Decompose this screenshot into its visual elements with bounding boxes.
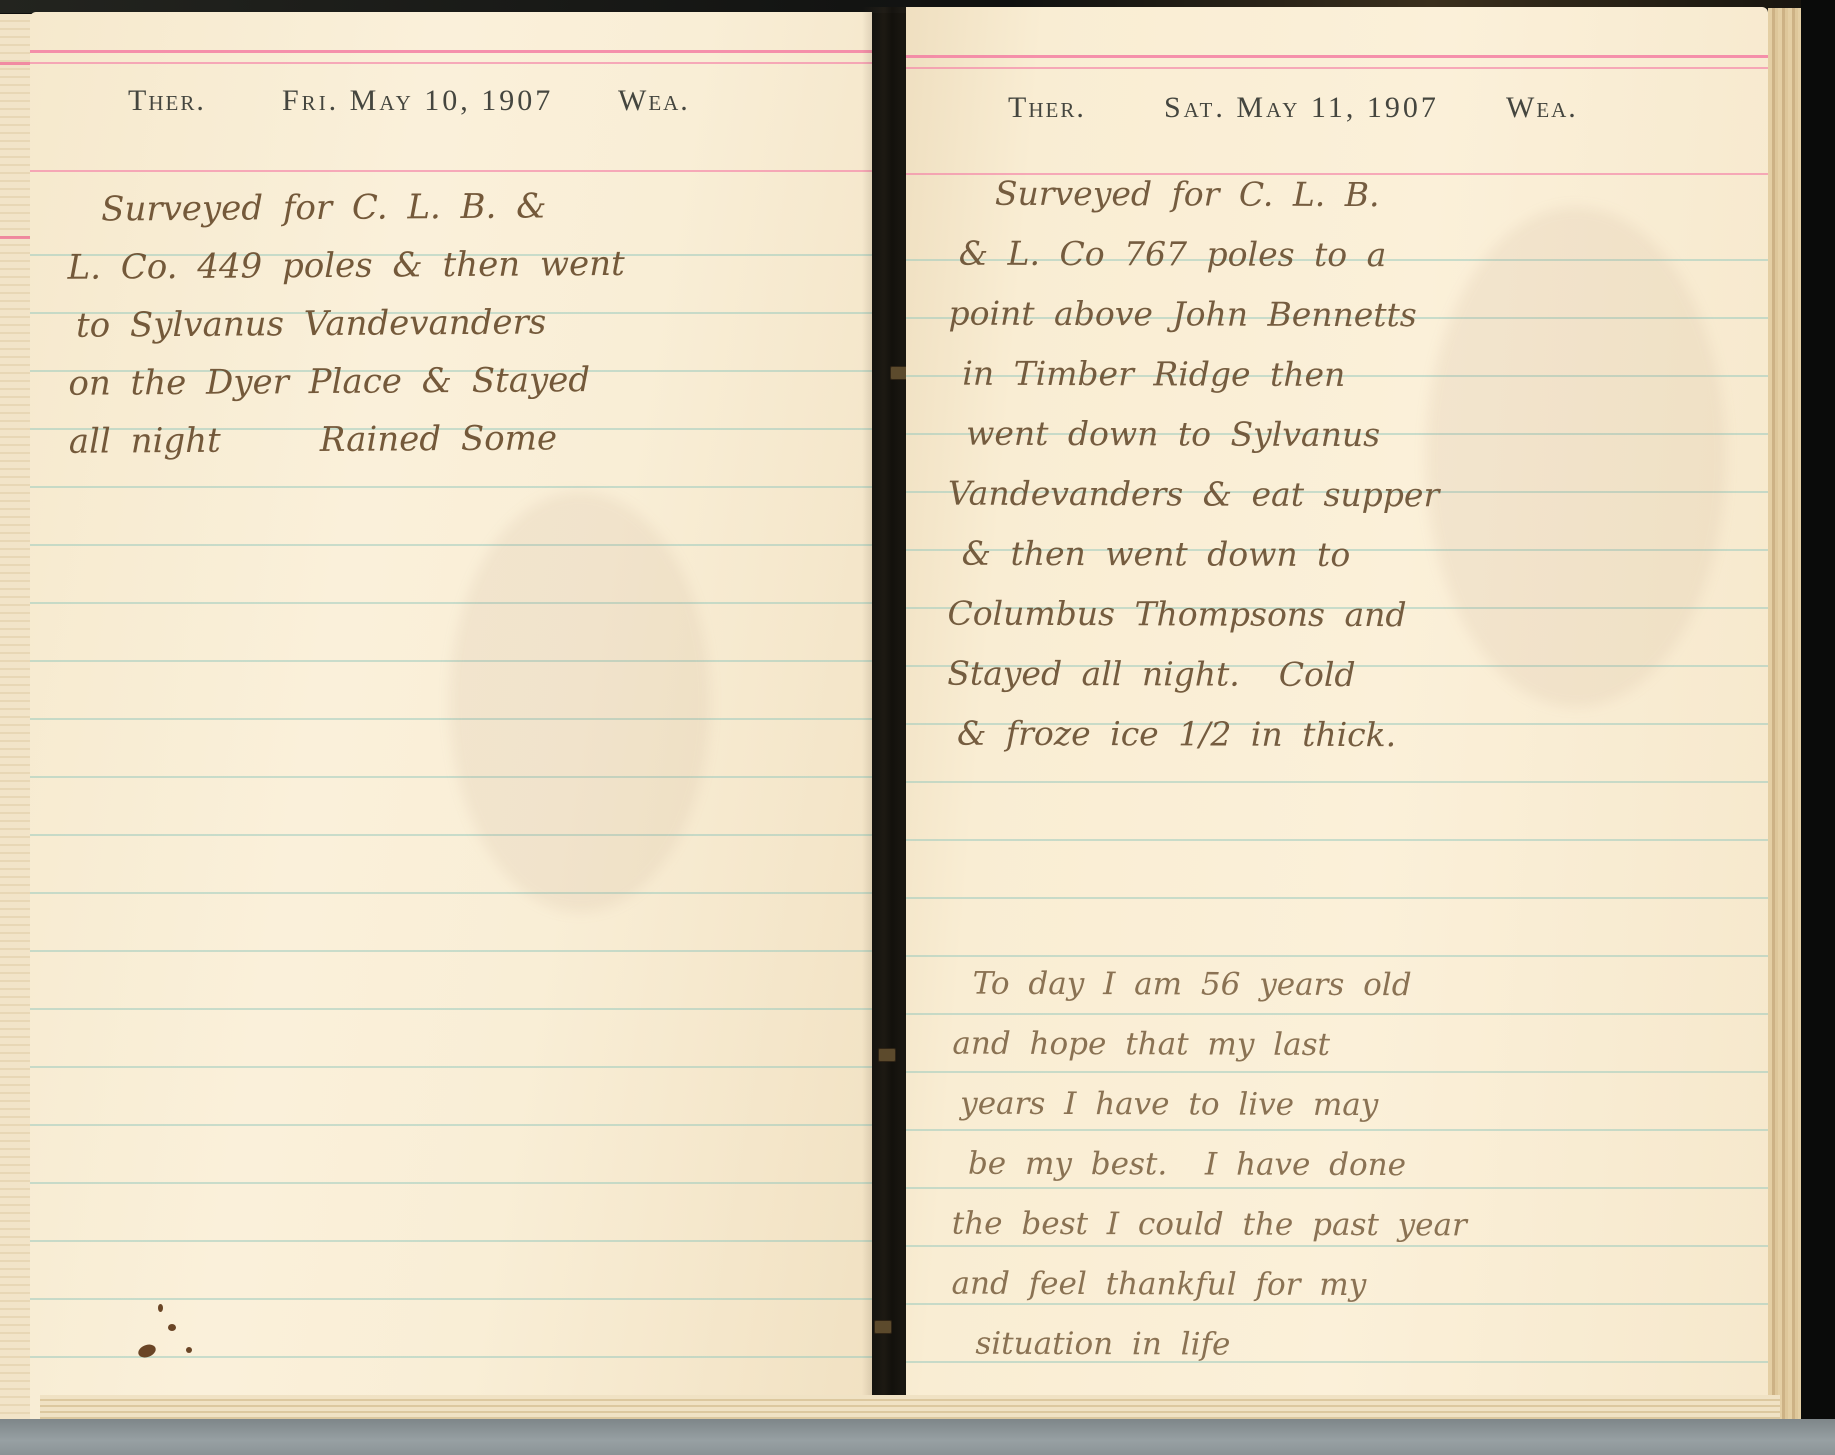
pink-rule [906, 55, 1768, 58]
pink-rule [30, 62, 872, 64]
page-edge-stack-right [1768, 8, 1802, 1420]
handwritten-line: Surveyed for C. L. B. & [67, 175, 857, 239]
ink-spot [186, 1347, 192, 1353]
birthday-reflection: To day I am 56 years old and hope that m… [951, 954, 1752, 1377]
handwritten-line: be my best. I have done [952, 1134, 1752, 1197]
handwritten-line: situation in life [951, 1314, 1751, 1377]
handwritten-line: on the Dyer Place & Stayed [68, 349, 858, 413]
pink-rule [30, 50, 872, 53]
wea-label: Wea. [1506, 91, 1578, 125]
handwritten-line: Surveyed for C. L. B. [949, 164, 1749, 227]
scan-right-edge [1801, 0, 1835, 1455]
handwritten-line: to Sylvanus Vandevanders [68, 291, 858, 355]
diary-entry-left: Surveyed for C. L. B. & L. Co. 449 poles… [67, 175, 859, 471]
ther-label: Ther. [1008, 91, 1086, 125]
handwritten-line: and feel thankful for my [951, 1254, 1751, 1317]
handwritten-line: L. Co. 449 poles & then went [67, 233, 857, 297]
ink-bleed-smudge [1426, 207, 1726, 707]
binding-stitch [878, 1048, 896, 1062]
ther-label: Ther. [128, 84, 206, 118]
diary-scan: Ther. Fri. May 10, 1907 Wea. Surveyed fo… [0, 0, 1835, 1455]
pink-rule [906, 67, 1768, 69]
handwritten-line: & froze ice 1/2 in thick. [947, 704, 1747, 767]
date-label: Fri. May 10, 1907 [282, 84, 553, 118]
wea-label: Wea. [618, 84, 690, 118]
handwritten-line: and hope that my last [952, 1014, 1752, 1077]
ink-bleed-smudge [450, 492, 710, 912]
page-right: Ther. Sat. May 11, 1907 Wea. Surveyed fo… [906, 7, 1768, 1420]
binding-stitch [874, 1320, 892, 1334]
ink-spot [168, 1324, 176, 1331]
pink-rule [30, 170, 872, 172]
scanner-bed [0, 1419, 1835, 1455]
handwritten-line: the best I could the past year [952, 1194, 1752, 1257]
handwritten-line: all night Rained Some [69, 407, 859, 471]
ink-spot [158, 1304, 163, 1312]
page-edge-stack-bottom [40, 1395, 1780, 1420]
date-label: Sat. May 11, 1907 [1164, 91, 1439, 125]
handwritten-line: To day I am 56 years old [953, 954, 1753, 1017]
handwritten-line: years I have to live may [952, 1074, 1752, 1137]
page-left: Ther. Fri. May 10, 1907 Wea. Surveyed fo… [30, 12, 872, 1422]
